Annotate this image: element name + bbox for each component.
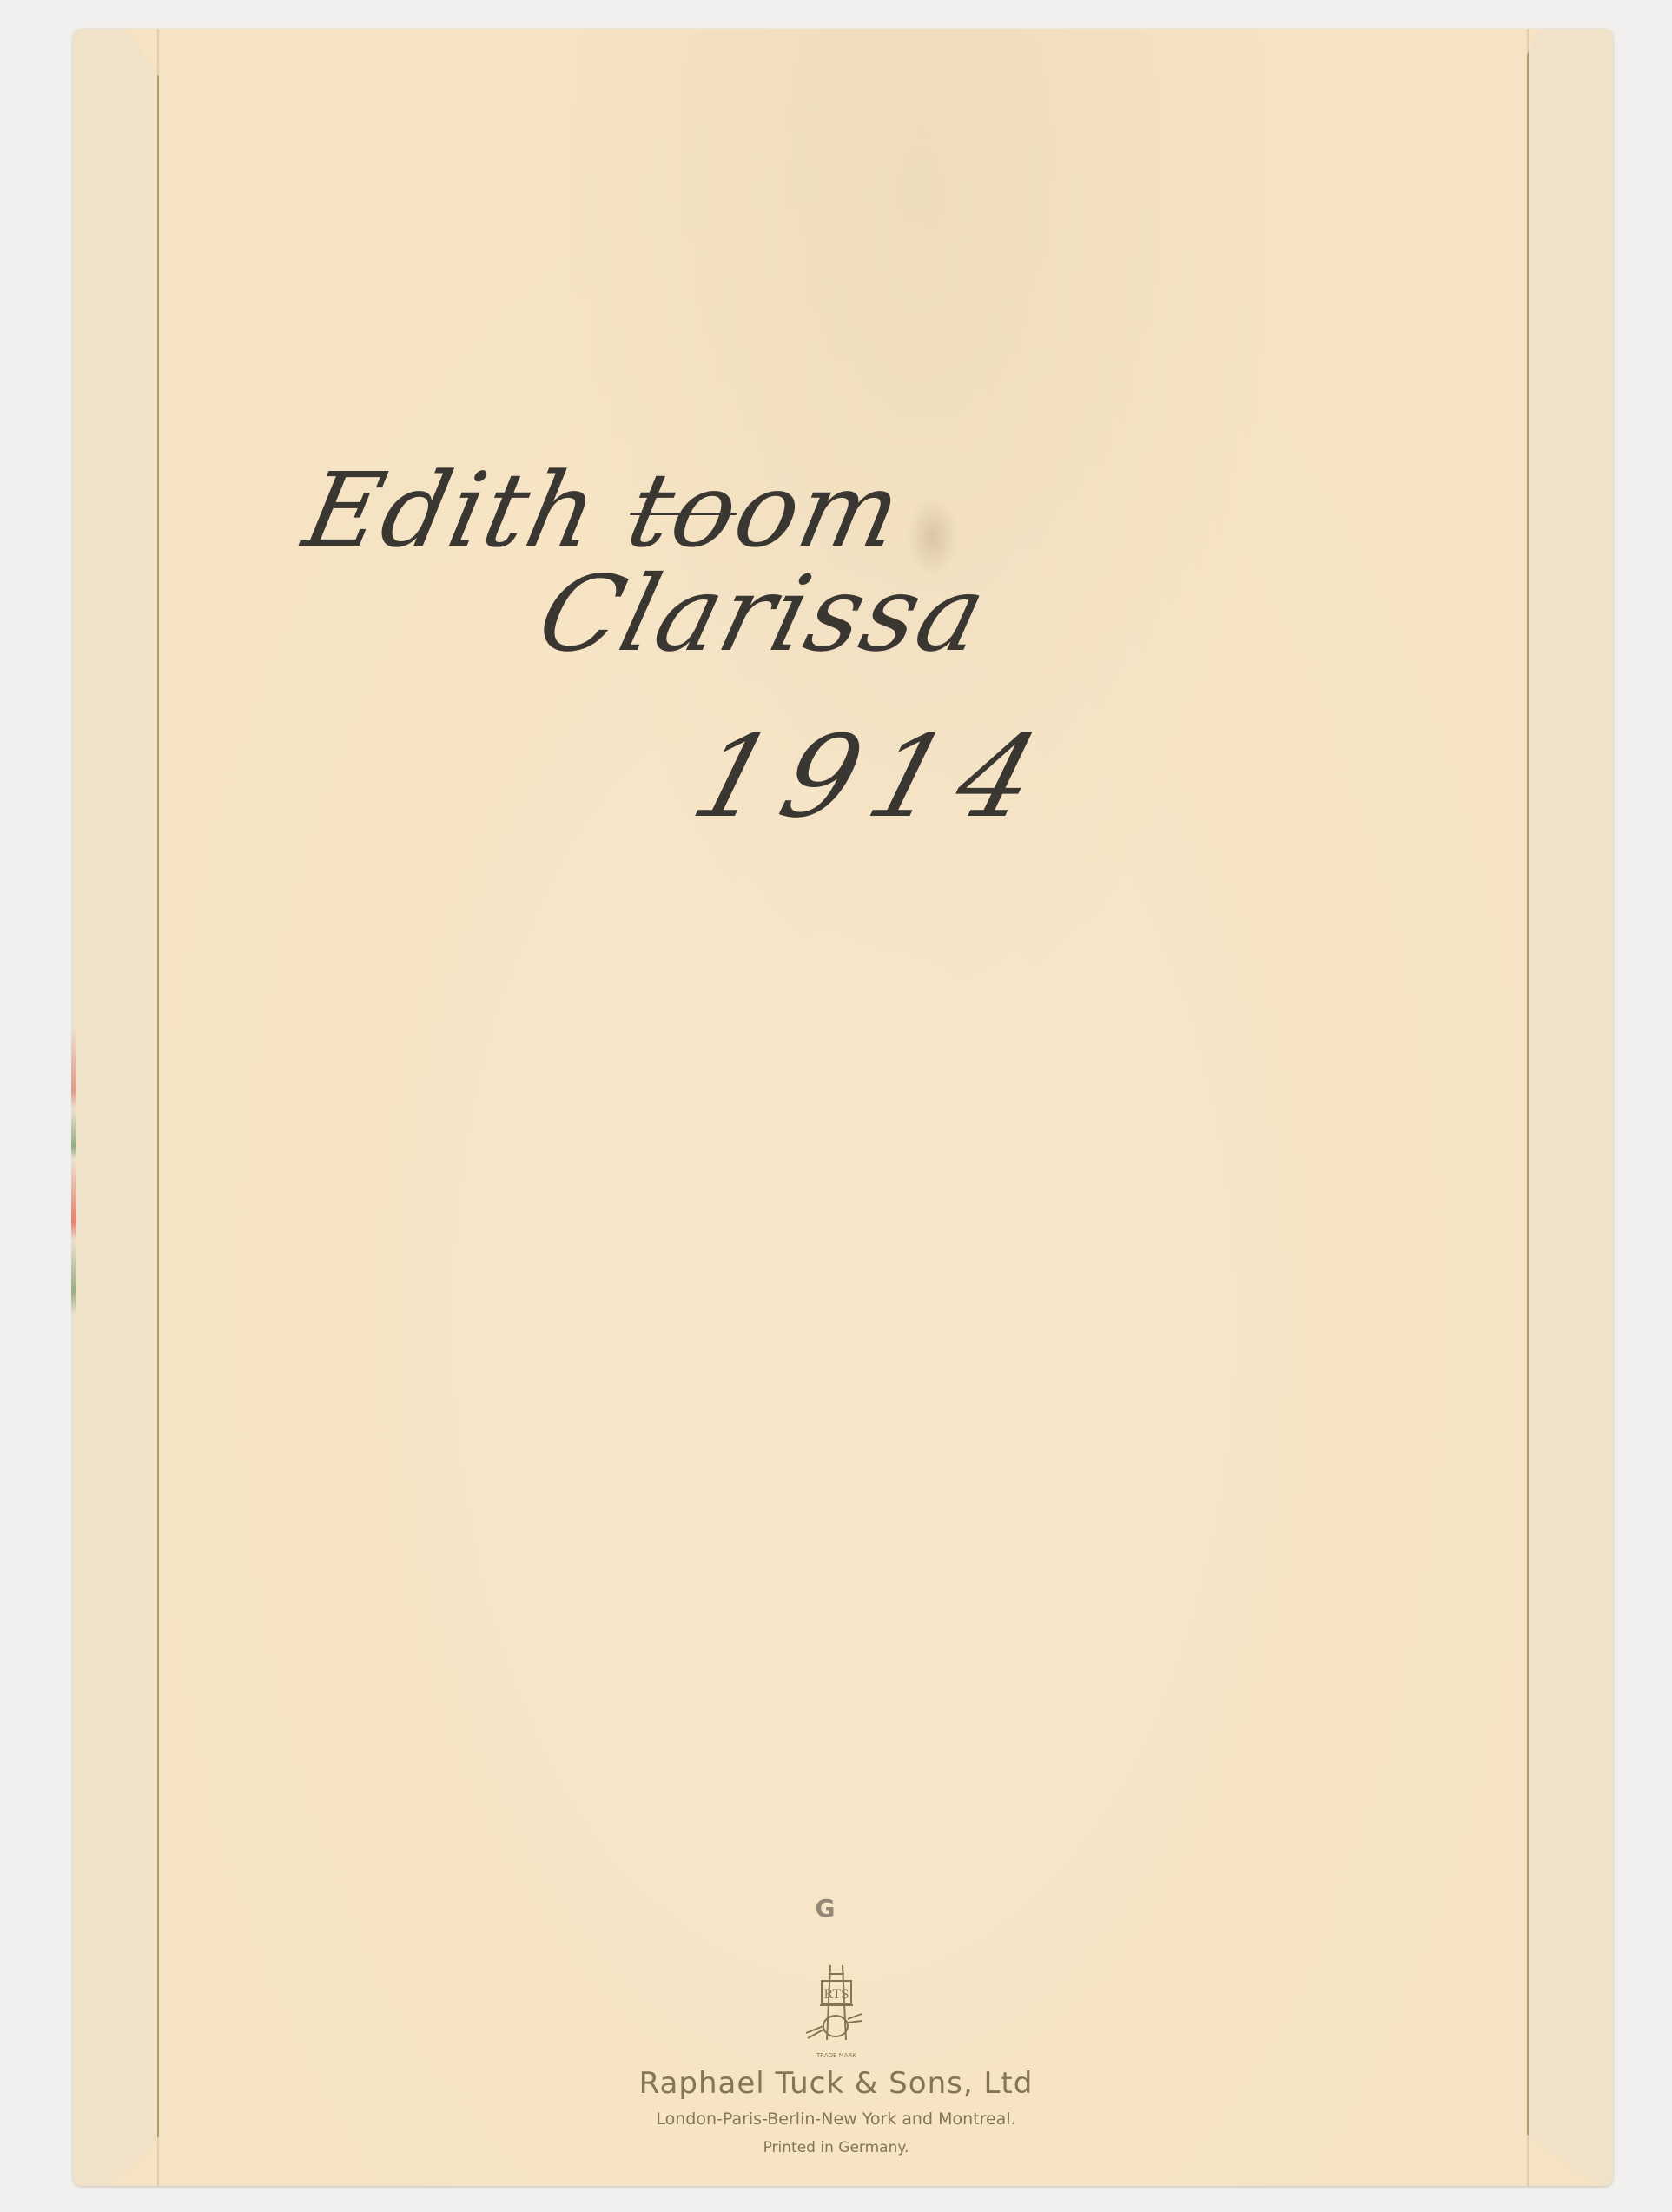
left-flap-crease (157, 29, 160, 2186)
colored-edge-marks (71, 1028, 76, 1341)
right-fold-flap (1527, 29, 1613, 2186)
left-fold-flap (73, 29, 159, 2186)
publisher-name: Raphael Tuck & Sons, Ltd (434, 2066, 1238, 2101)
easel-trademark-icon: RTS TRADE MARK (797, 1964, 876, 2059)
publisher-cities: London-Paris-Berlin-New York and Montrea… (434, 2109, 1238, 2129)
right-flap-crease (1526, 29, 1529, 2186)
inscription-recipient: Edith (294, 450, 609, 570)
inscription-year: 1914 (679, 711, 1067, 843)
inscription-from-word: om (724, 450, 912, 570)
inscription-line-1: Edith toom (294, 450, 912, 570)
card-back: Edith toom Clarissa 1914 (73, 29, 1613, 2186)
trademark-label: TRADE MARK (797, 2052, 876, 2059)
inscription-sender: Clarissa (527, 554, 999, 675)
series-mark: G (812, 1894, 838, 1923)
svg-text:RTS: RTS (823, 1988, 849, 2002)
printed-in-note: Printed in Germany. (434, 2139, 1238, 2156)
easel-palette-icon: RTS (797, 1964, 876, 2050)
